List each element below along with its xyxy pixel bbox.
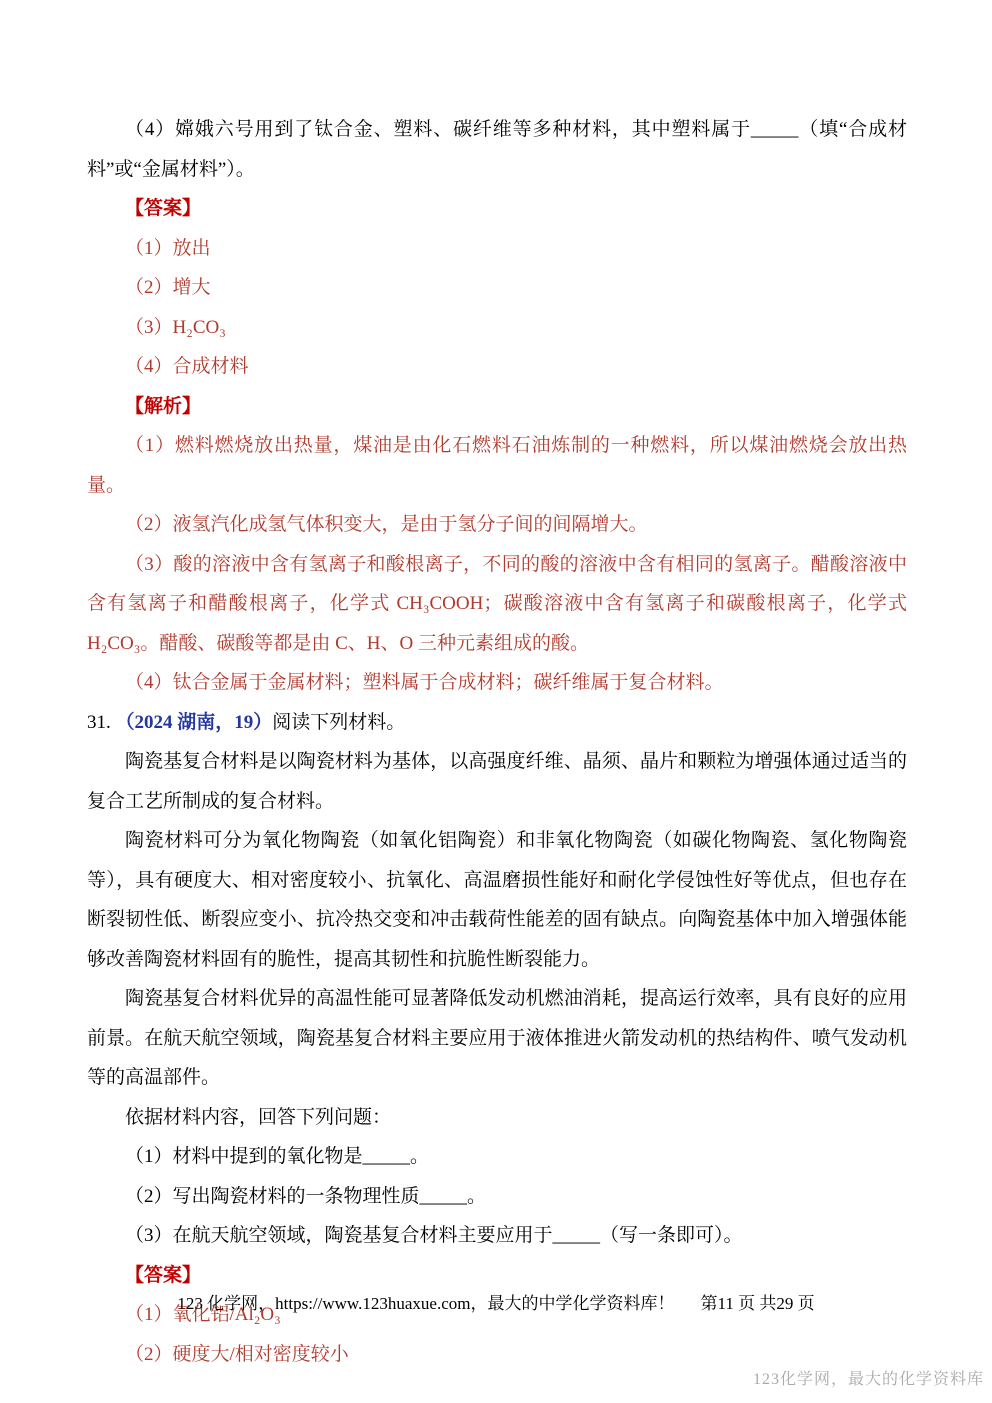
material-paragraph-2: 陶瓷材料可分为氧化物陶瓷（如氧化铝陶瓷）和非氧化物陶瓷（如碳化物陶瓷、氢化物陶瓷… bbox=[87, 821, 907, 979]
answer-item-4: （4）合成材料 bbox=[87, 347, 907, 387]
question30-part4-text: （4）嫦娥六号用到了钛合金、塑料、碳纤维等多种材料，其中塑料属于_____（填“… bbox=[87, 110, 907, 189]
document-page: （4）嫦娥六号用到了钛合金、塑料、碳纤维等多种材料，其中塑料属于_____（填“… bbox=[87, 110, 907, 1374]
analysis-paragraph-3: （3）酸的溶液中含有氢离子和酸根离子，不同的酸的溶液中含有相同的氢离子。醋酸溶液… bbox=[87, 545, 907, 664]
analysis-paragraph-4: （4）钛合金属于金属材料；塑料属于合成材料；碳纤维属于复合材料。 bbox=[87, 663, 907, 703]
answer-item-2: （2）增大 bbox=[87, 268, 907, 308]
footer-site-text: 123 化学网，https://www.123huaxue.com，最大的中学化… bbox=[177, 1294, 674, 1313]
answer-item-1: （1）放出 bbox=[87, 229, 907, 269]
question31-intro: 阅读下列材料。 bbox=[272, 712, 405, 733]
material-paragraph-3: 陶瓷基复合材料优异的高温性能可显著降低发动机燃油消耗，提高运行效率，具有良好的应… bbox=[87, 979, 907, 1098]
question31-number: 31. bbox=[87, 712, 111, 733]
question31-heading: 31. （2024 湖南，19）阅读下列材料。 bbox=[87, 703, 907, 743]
page-footer: 123 化学网，https://www.123huaxue.com，最大的中学化… bbox=[0, 1292, 992, 1316]
footer-page-number: 第11 页 共29 页 bbox=[700, 1292, 814, 1316]
analysis-paragraph-2: （2）液氢汽化成氢气体积变大，是由于氢分子间的间隔增大。 bbox=[87, 505, 907, 545]
question31-item-1: （1）材料中提到的氧化物是_____。 bbox=[87, 1137, 907, 1177]
question31-source: （2024 湖南，19） bbox=[116, 712, 273, 733]
question31-item-3: （3）在航天航空领域，陶瓷基复合材料主要应用于_____（写一条即可）。 bbox=[87, 1216, 907, 1256]
question31-prompt: 依据材料内容，回答下列问题： bbox=[87, 1098, 907, 1138]
analysis-paragraph-1: （1）燃料燃烧放出热量，煤油是由化石燃料石油炼制的一种燃料，所以煤油燃烧会放出热… bbox=[87, 426, 907, 505]
answer-header-q31: 【答案】 bbox=[87, 1256, 907, 1296]
answer-header-q30: 【答案】 bbox=[87, 189, 907, 229]
material-paragraph-1: 陶瓷基复合材料是以陶瓷材料为基体，以高强度纤维、晶须、晶片和颗粒为增强体通过适当… bbox=[87, 742, 907, 821]
watermark-text: 123化学网，最大的化学资料库 bbox=[753, 1366, 984, 1389]
analysis-header-q30: 【解析】 bbox=[87, 387, 907, 427]
answer-item-3: （3）H₂CO₃ bbox=[87, 308, 907, 348]
question31-item-2: （2）写出陶瓷材料的一条物理性质_____。 bbox=[87, 1177, 907, 1217]
